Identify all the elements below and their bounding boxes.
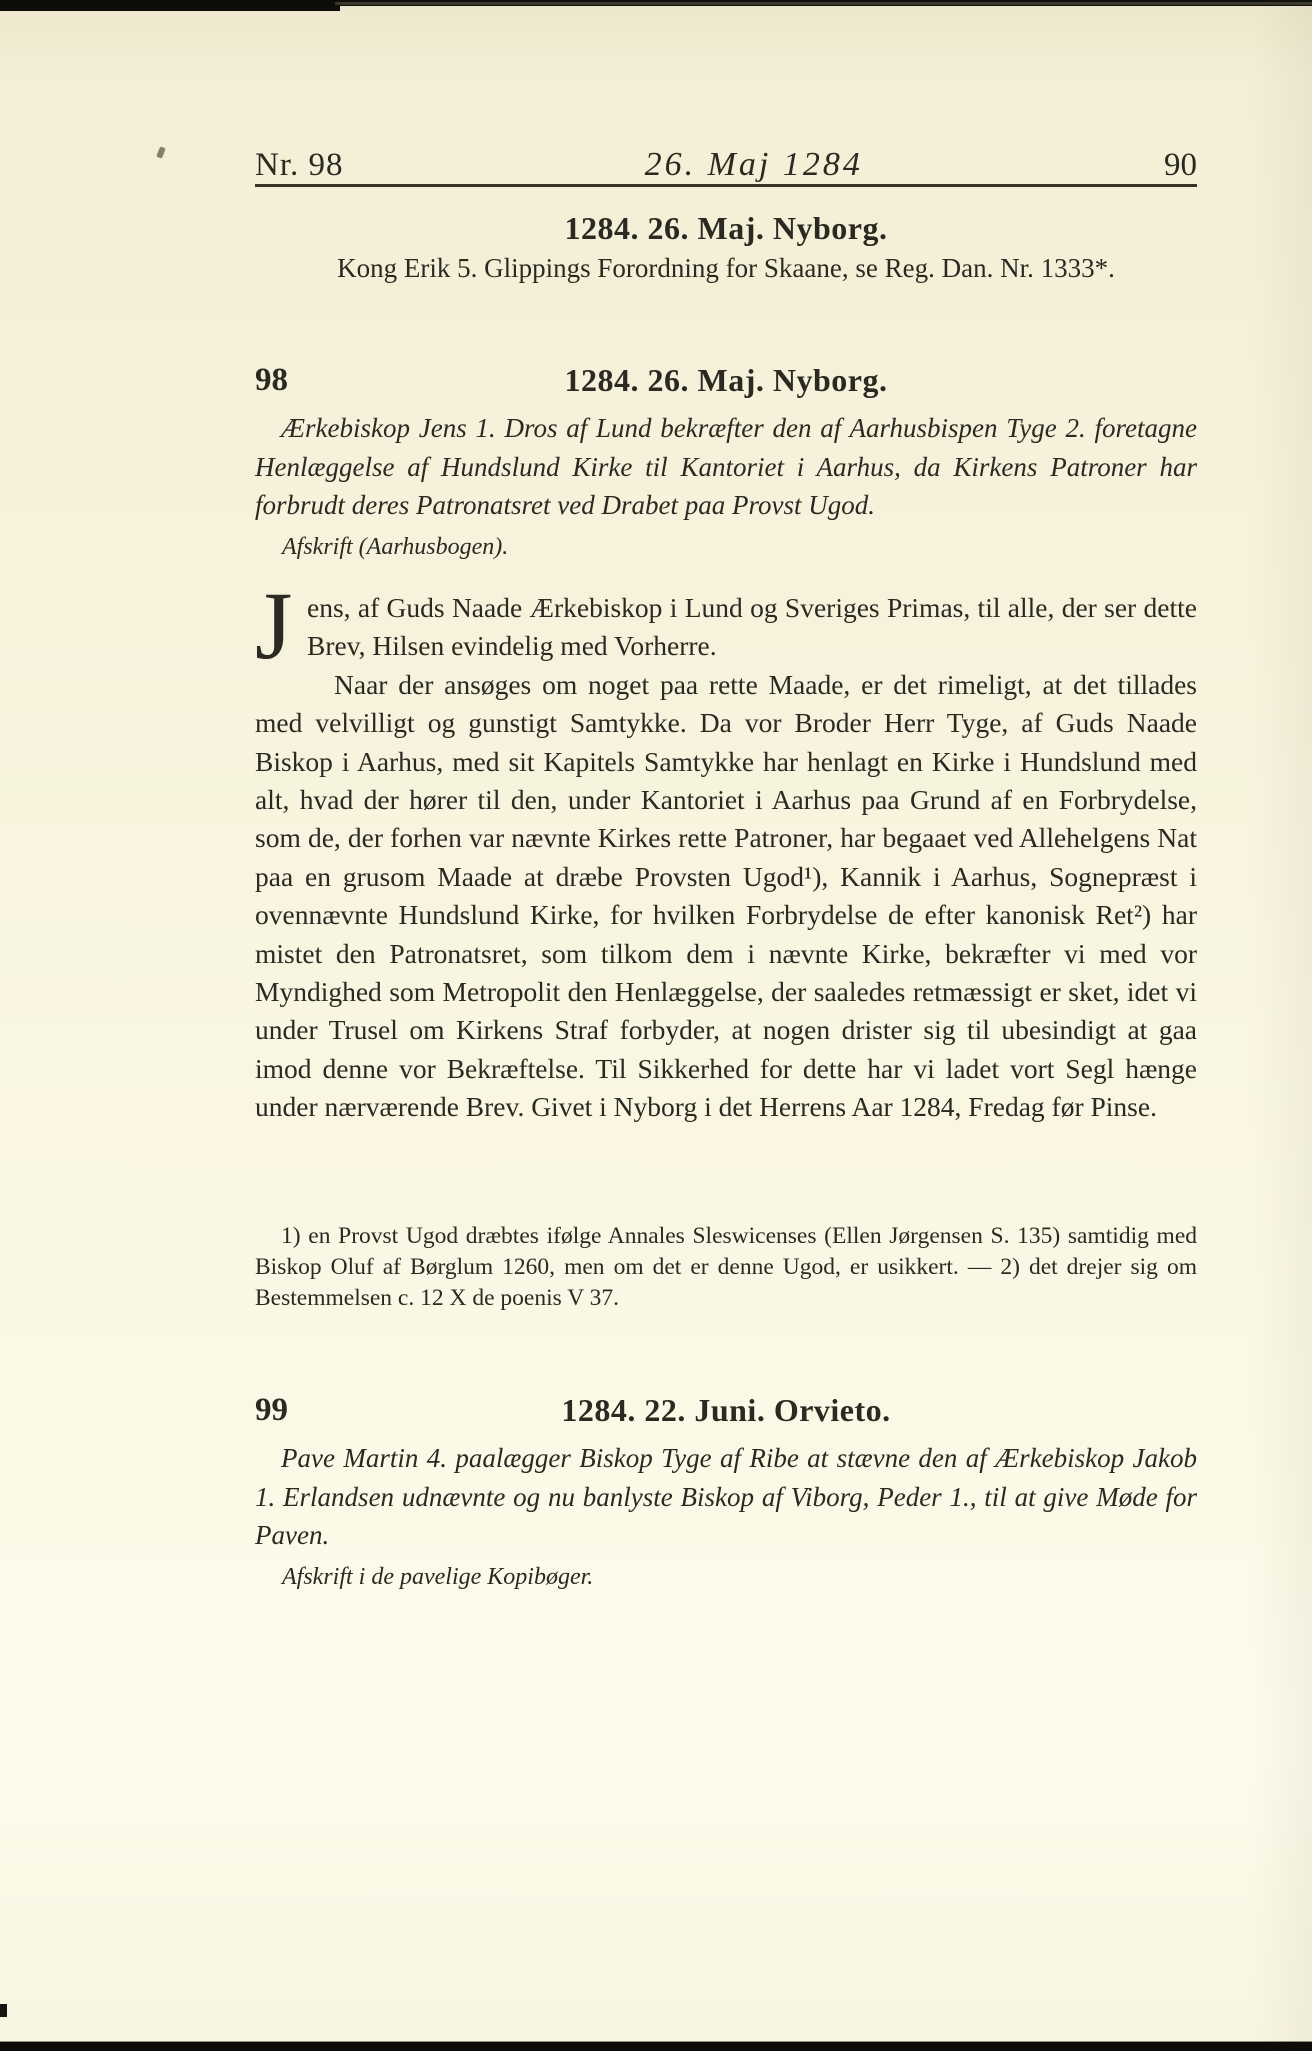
running-header-entry-number: Nr. 98 [255, 147, 344, 184]
body-opening-text: ens, af Guds Naade Ærkebiskop i Lund og … [307, 592, 1197, 661]
drop-cap-initial: J [255, 589, 307, 667]
scan-edge-left-nub [0, 2004, 7, 2017]
entry-99-summary: Pave Martin 4. paalægger Biskop Tyge af … [255, 1439, 1197, 1555]
entry-98-heading: 98 1284. 26. Maj. Nyborg. [255, 362, 1197, 402]
entry-99-title: 1284. 22. Juni. Orvieto. [255, 1392, 1197, 1429]
entry-98-summary: Ærkebiskop Jens 1. Dros af Lund bekræfte… [255, 409, 1197, 525]
entry-98-title: 1284. 26. Maj. Nyborg. [255, 362, 1197, 399]
scanned-book-page: Nr. 98 26. Maj 1284 90 1284. 26. Maj. Ny… [0, 0, 1312, 2051]
body-main-paragraph: Naar der ansøges om noget paa rette Maad… [255, 666, 1197, 1127]
header-rule [255, 184, 1197, 187]
entry-98-source-note: Afskrift (Aarhusbogen). [255, 534, 1224, 561]
scan-speck [156, 146, 166, 158]
entry-98-footnote: 1) en Provst Ugod dræbtes ifølge Annales… [255, 1221, 1197, 1314]
scan-edge-bottom-bar [0, 2042, 1312, 2051]
entry-99-number: 99 [255, 1392, 288, 1429]
regest-text: Kong Erik 5. Glippings Forordning for Sk… [255, 253, 1197, 284]
running-header: Nr. 98 26. Maj 1284 90 [255, 146, 1197, 184]
entry-99-source-note: Afskrift i de pavelige Kopibøger. [255, 1564, 1224, 1591]
entry-99-heading: 99 1284. 22. Juni. Orvieto. [255, 1392, 1197, 1432]
page-number: 90 [1164, 147, 1197, 184]
scan-edge-top-left-bar [0, 0, 340, 11]
regest-title: 1284. 26. Maj. Nyborg. [255, 210, 1197, 247]
entry-98-body: Jens, af Guds Naade Ærkebiskop i Lund og… [255, 589, 1197, 1127]
running-header-date: 26. Maj 1284 [645, 146, 863, 184]
entry-98-number: 98 [255, 362, 288, 399]
body-opening-paragraph: Jens, af Guds Naade Ærkebiskop i Lund og… [255, 589, 1197, 666]
scan-edge-top-gray-line [335, 2, 1312, 5]
